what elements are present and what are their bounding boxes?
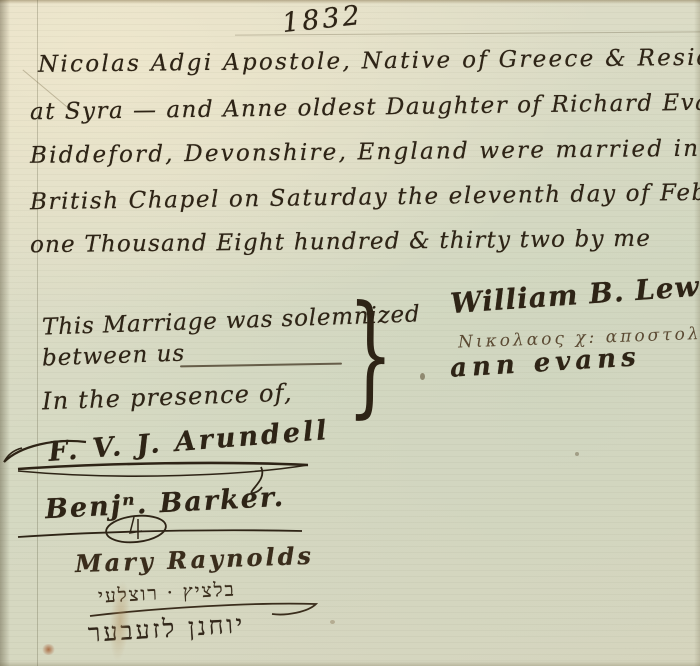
record-line-1: Nicolas Adgi Apostole, Native of Greece … (38, 44, 700, 78)
attestation-line-2: between us (42, 341, 186, 372)
attestation-dash-stroke (180, 363, 342, 368)
officiant-signature: William B. Lewis — (449, 265, 700, 320)
witness-signature-arundell: F. V. J. Arundell (47, 415, 330, 468)
ink-speck (575, 452, 579, 456)
witness-signature-hebrew-1: בלציץ · רוצלעי (97, 578, 236, 608)
record-line-5: one Thousand Eight hundred & thirty two … (30, 226, 651, 259)
ink-speck (330, 620, 335, 624)
page-edge-bottom (0, 661, 700, 666)
paper-stain-dot (42, 644, 55, 655)
marriage-register-page: 1832 Nicolas Adgi Apostole, Native of Gr… (0, 0, 700, 666)
curly-brace-mark: } (347, 288, 394, 421)
ink-speck (420, 373, 425, 380)
record-line-2: at Syra — and Anne oldest Daughter of Ri… (30, 89, 700, 125)
attestation-line-3: In the presence of, (42, 379, 294, 416)
page-edge-left (0, 0, 10, 666)
witness-signature-raynolds: Mary Raynolds (75, 541, 315, 578)
record-line-3: Biddeford, Devonshire, England were marr… (30, 135, 700, 169)
witness-signature-barker: Benjⁿ. Barker. (44, 482, 285, 526)
record-line-4: British Chapel on Saturday the eleventh … (30, 179, 700, 215)
witness-signature-hebrew-2: יוחנן לזעבער (87, 609, 246, 649)
